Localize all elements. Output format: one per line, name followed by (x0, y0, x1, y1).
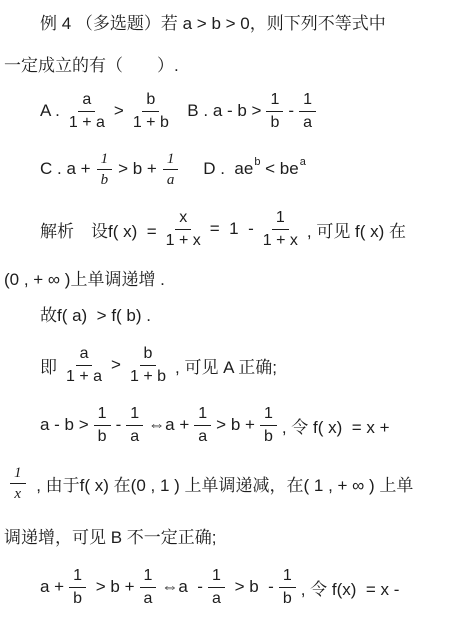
fraction: 1a (299, 90, 316, 131)
superscript: a (300, 156, 306, 168)
fraction-denominator: 1 + x (162, 230, 205, 250)
analysis-line-5: a - b >1b-1a⇔a +1a> b +1b, 令 f( x) = x + (4, 398, 468, 452)
options-ab: A .a1 + a>b1 + b B . a - b >1b-1a (4, 84, 468, 138)
analysis-line-1: 解析 设f( x) =x1 + x= 1 -11 + x, 可见 f( x) 在 (4, 202, 468, 256)
fraction: 1b (94, 404, 111, 445)
fraction-numerator: 1 (97, 150, 113, 170)
text-run: 即 (40, 353, 57, 378)
fraction: 1b (279, 566, 296, 607)
fraction-denominator: 1 + a (65, 112, 109, 132)
fraction: 1b (97, 150, 113, 189)
fraction: 1b (260, 404, 277, 445)
text-run: 故f( a) > f( b) . (40, 301, 151, 326)
fraction-denominator: b (69, 588, 86, 608)
fraction-denominator: b (260, 426, 277, 446)
fraction-numerator: 1 (94, 404, 111, 425)
text-run: (0 , + ∞ )上单调递增 . (4, 265, 165, 290)
text-run: , 可见 A 正确; (175, 353, 277, 378)
fraction: 1a (194, 404, 211, 445)
text-run: , 令 f( x) = x + (282, 413, 390, 438)
text-run: - (288, 101, 294, 121)
fraction-numerator: 1 (163, 150, 179, 170)
text-run: 一定成立的有（ ）. (4, 51, 179, 76)
text-run: > b + (91, 577, 134, 597)
fraction: 1b (69, 566, 86, 607)
text-run: a + (40, 577, 64, 597)
text-run: B . a - b > (178, 101, 262, 121)
fraction-denominator: b (94, 426, 111, 446)
text-run: < be (260, 159, 298, 179)
fraction-numerator: 1 (279, 566, 296, 587)
fraction: 1a (140, 566, 157, 607)
fraction-denominator: x (10, 484, 25, 503)
fraction-denominator: a (208, 588, 225, 608)
text-run: > b + (216, 415, 255, 435)
text-run: C . a + (40, 159, 91, 179)
problem-line-1: 例 4 （多选题）若 a > b > 0，则下列不等式中 (4, 8, 468, 34)
fraction-numerator: 1 (140, 566, 157, 587)
fraction-numerator: b (142, 90, 159, 111)
fraction-denominator: a (194, 426, 211, 446)
text-run: - (116, 415, 122, 435)
superscript: b (254, 156, 260, 168)
analysis-line-3: 故f( a) > f( b) . (4, 300, 468, 326)
text-run: , 令 f(x) = x - (301, 575, 400, 600)
fraction: b1 + b (129, 90, 173, 131)
text-run: ⇔a + (148, 415, 189, 435)
analysis-line-2: (0 , + ∞ )上单调递增 . (4, 264, 468, 290)
fraction-numerator: 1 (126, 404, 143, 425)
fraction-numerator: 1 (194, 404, 211, 425)
text-run: = 1 - (210, 219, 254, 239)
fraction-numerator: a (78, 90, 95, 111)
fraction: 11 + x (259, 208, 302, 249)
analysis-line-6: 1x , 由于f( x) 在(0 , 1 ) 上单调递减，在( 1 , + ∞ … (4, 456, 468, 510)
fraction-denominator: 1 + b (126, 366, 170, 386)
text-run: ⇔a - (161, 577, 203, 597)
fraction-numerator: x (175, 208, 191, 229)
fraction: b1 + b (126, 344, 170, 385)
fraction-numerator: b (140, 344, 157, 365)
fraction-denominator: a (126, 426, 143, 446)
options-cd: C . a +1b> b +1a D . aeb < bea (4, 142, 468, 196)
fraction-numerator: 1 (10, 464, 26, 484)
fraction-denominator: a (299, 112, 316, 132)
fraction-denominator: 1 + a (62, 366, 106, 386)
text-run: 调递增，可见 B 不一定正确; (4, 523, 217, 548)
text-run: , 可见 f( x) 在 (307, 217, 406, 242)
analysis-line-4: 即a1 + a>b1 + b, 可见 A 正确; (4, 338, 468, 392)
fraction: 1b (266, 90, 283, 131)
fraction-denominator: a (140, 588, 157, 608)
text-run: 例 4 （多选题）若 a > b > 0，则下列不等式中 (40, 9, 386, 34)
fraction: 1x (10, 464, 26, 503)
text-run: a - b > (40, 415, 89, 435)
fraction: a1 + a (65, 90, 109, 131)
text-run: 解析 设f( x) = (40, 217, 157, 242)
text-run: A . (40, 101, 60, 121)
fraction: 1a (163, 150, 179, 189)
fraction-numerator: 1 (260, 404, 277, 425)
fraction-denominator: b (97, 170, 113, 189)
analysis-line-7: 调递增，可见 B 不一定正确; (4, 522, 468, 548)
fraction-denominator: 1 + b (129, 112, 173, 132)
fraction-numerator: a (76, 344, 93, 365)
text-run: > (114, 101, 124, 121)
fraction: 1a (126, 404, 143, 445)
fraction: x1 + x (162, 208, 205, 249)
fraction-numerator: 1 (299, 90, 316, 111)
fraction: 1a (208, 566, 225, 607)
fraction-denominator: b (266, 112, 283, 132)
fraction: a1 + a (62, 344, 106, 385)
fraction-numerator: 1 (266, 90, 283, 111)
fraction-numerator: 1 (272, 208, 289, 229)
fraction-numerator: 1 (69, 566, 86, 587)
fraction-denominator: 1 + x (259, 230, 302, 250)
text-run: D . ae (184, 159, 253, 179)
text-run: , 由于f( x) 在(0 , 1 ) 上单调递减，在( 1 , + ∞ ) 上… (32, 471, 414, 496)
fraction-denominator: a (163, 170, 179, 189)
text-run: > b - (230, 577, 274, 597)
problem-line-2: 一定成立的有（ ）. (4, 50, 468, 76)
text-run: > b + (118, 159, 157, 179)
text-run: > (111, 355, 121, 375)
fraction-numerator: 1 (208, 566, 225, 587)
math-document: 例 4 （多选题）若 a > b > 0，则下列不等式中一定成立的有（ ）.A … (0, 0, 470, 614)
fraction-denominator: b (279, 588, 296, 608)
analysis-line-8: a +1b > b +1a⇔a -1a > b -1b, 令 f(x) = x … (4, 560, 468, 614)
